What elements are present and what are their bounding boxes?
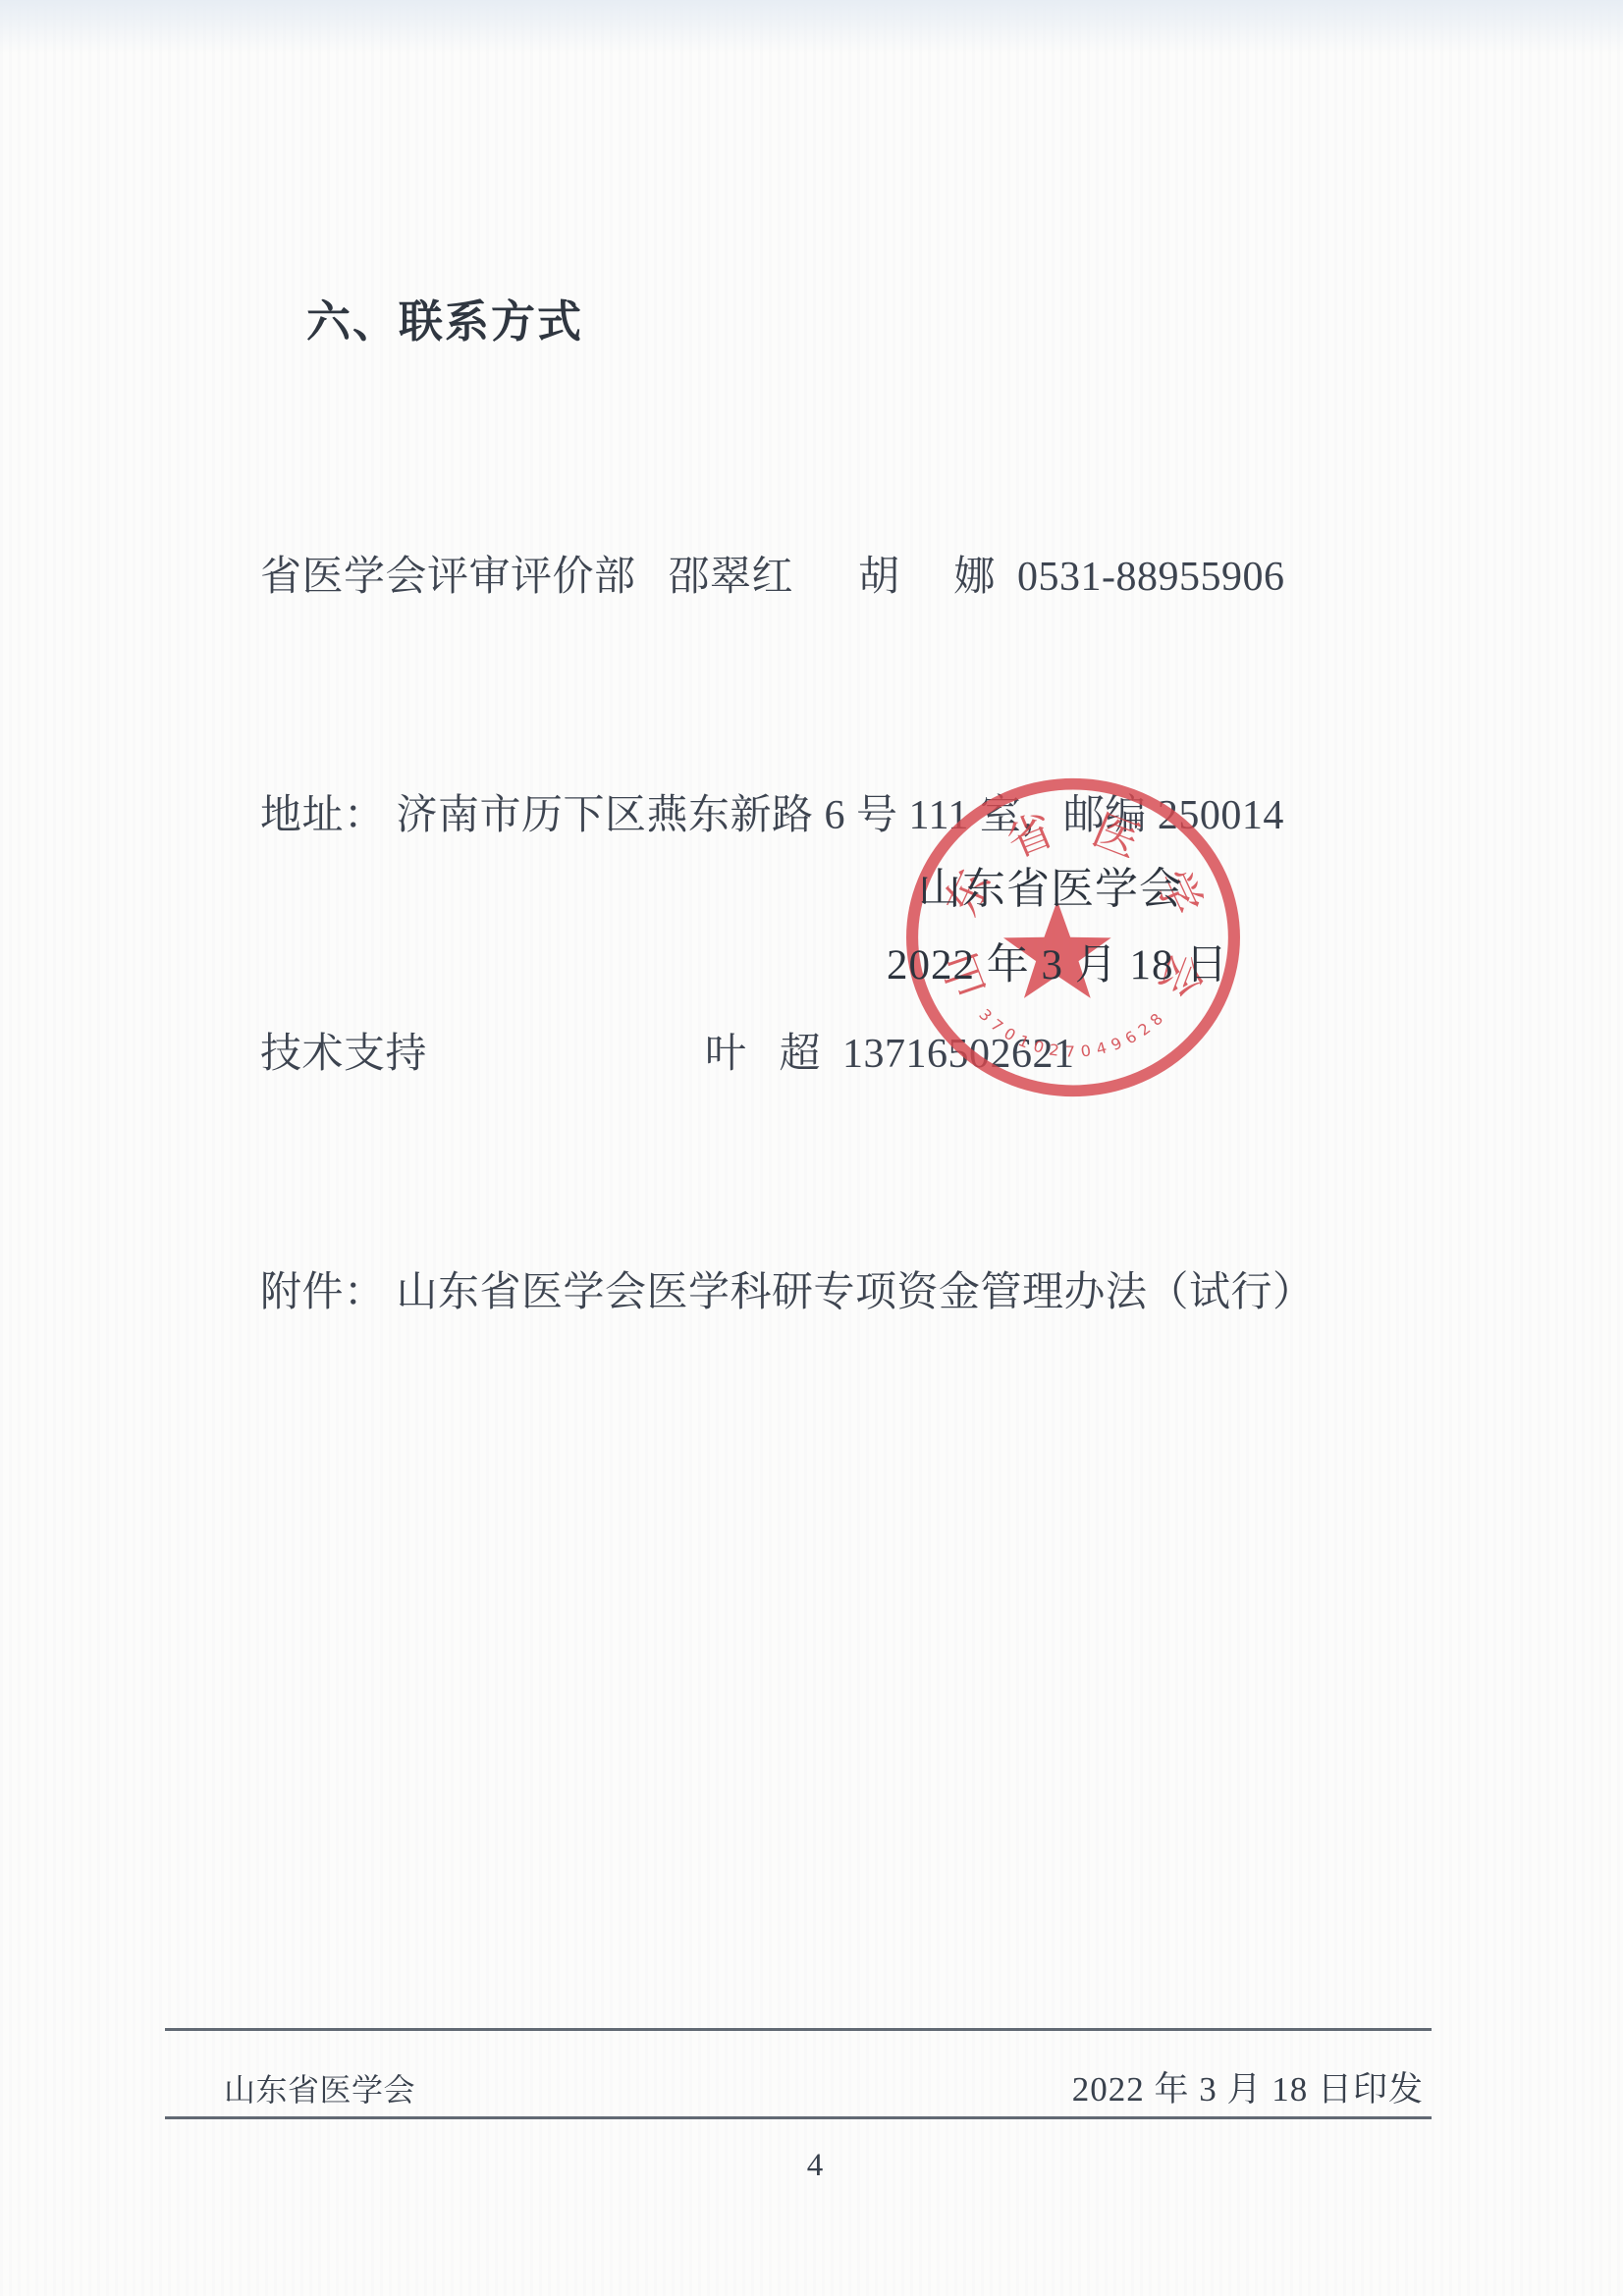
page-number: 4 bbox=[0, 2148, 1623, 2184]
footer-rule-bottom bbox=[165, 2116, 1432, 2119]
seal-serial-number: 3701027049628 bbox=[975, 1005, 1171, 1060]
tech-support-label: 技术支持 bbox=[260, 1015, 705, 1095]
footer-rule-top bbox=[165, 2028, 1432, 2031]
footer-org-name: 山东省医学会 bbox=[224, 2065, 415, 2110]
footer-print-date: 2022 年 3 月 18 日印发 bbox=[1072, 2062, 1424, 2111]
signature-org-name: 山东省医学会 bbox=[918, 853, 1183, 916]
section-heading: 六、联系方式 bbox=[306, 296, 583, 347]
signature-date: 2022 年 3 月 18 日 bbox=[887, 932, 1228, 991]
scanned-document-page: 六、联系方式 省医学会评审评价部 邵翠红 胡 娜 0531-88955906 地… bbox=[0, 0, 1623, 2296]
svg-text:3701027049628: 3701027049628 bbox=[975, 1005, 1171, 1060]
contact-line-department: 省医学会评审评价部 邵翠红 胡 娜 0531-88955906 bbox=[260, 538, 1399, 617]
attachment-line: 附件： 山东省医学会医学科研专项资金管理办法（试行） bbox=[260, 1254, 1399, 1333]
